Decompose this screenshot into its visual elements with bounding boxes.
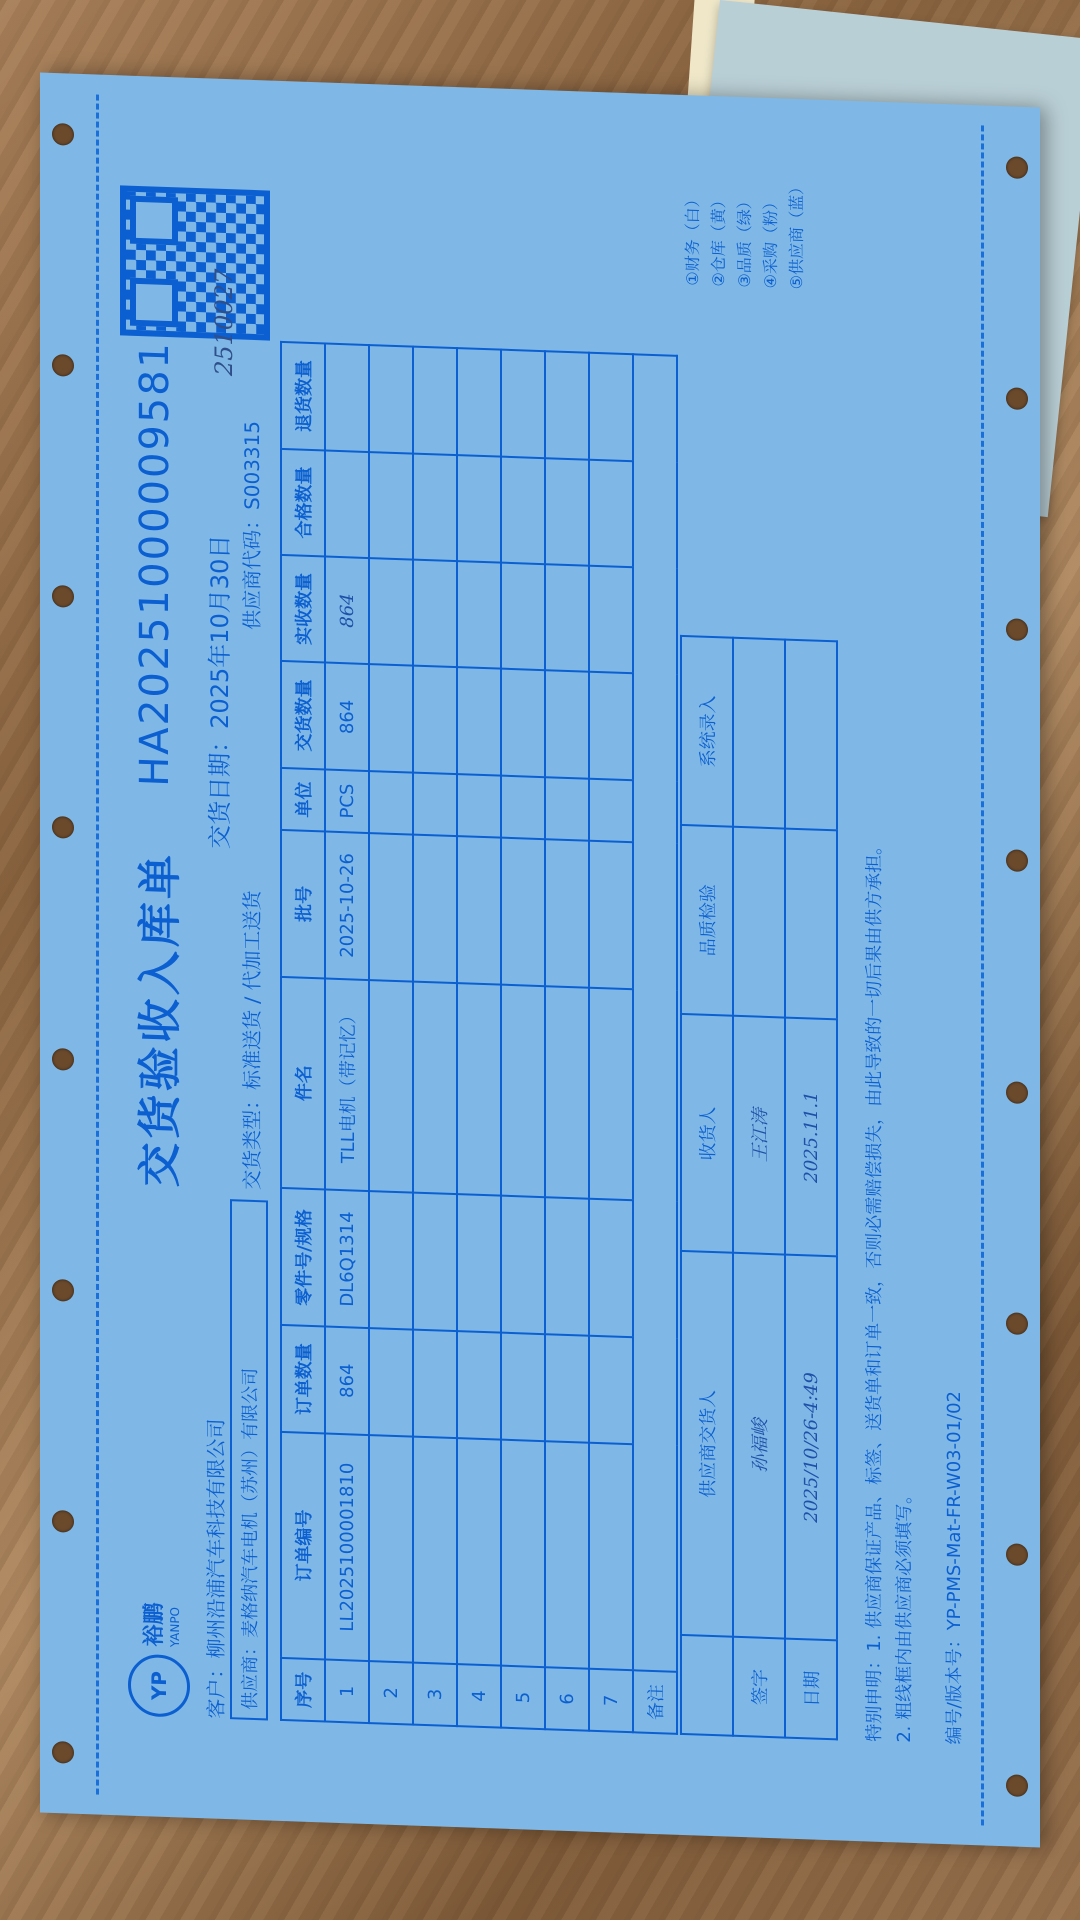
perforation-top xyxy=(96,94,99,1794)
supplier-code-label: 供应商代码： xyxy=(240,510,264,631)
document-number: HA20251000009581 xyxy=(132,340,178,787)
hole-icon xyxy=(1006,1081,1028,1104)
cell: 4 xyxy=(457,1664,501,1727)
company-logo: YP 裕鹏 YANPO xyxy=(128,1602,190,1718)
logo-mark-icon: YP xyxy=(128,1654,190,1718)
sig-header-supplier: 供应商交货人 xyxy=(681,1251,733,1636)
cell: DL6Q1314 xyxy=(325,1190,369,1328)
customer-value: 柳州沿浦汽车科技有限公司 xyxy=(204,1418,228,1659)
tractor-holes-bottom xyxy=(994,106,1040,1848)
logo-name: 裕鹏 xyxy=(137,1602,168,1647)
hole-icon xyxy=(52,1510,74,1533)
col-header: 订单数量 xyxy=(281,1325,325,1433)
logo-sub: YANPO xyxy=(168,1603,182,1648)
hole-icon xyxy=(52,816,74,839)
copy-label: ③品质（绿） xyxy=(732,177,758,288)
table-row: 4 xyxy=(457,348,501,1728)
cell: 864 xyxy=(325,663,369,771)
col-header: 合格数量 xyxy=(281,448,325,556)
delivery-type-field: 交货类型：标准送货 / 代加工送货 xyxy=(236,890,265,1190)
receiver-signature: 王江涛 xyxy=(733,1015,785,1254)
delivery-date-label: 交货日期： xyxy=(206,728,234,849)
receiver-date: 2025.11.1 xyxy=(785,1017,837,1256)
supplier-signature: 孙福峻 xyxy=(733,1253,785,1638)
remarks-row: 备注 xyxy=(633,354,677,1734)
cell: LL2025100001810 xyxy=(325,1433,369,1661)
table-row: 1 LL2025100001810 864 DL6Q1314 TLL电机（带记忆… xyxy=(325,343,369,1723)
form-info: 客户：柳州沿浦汽车科技有限公司 交货日期：2025年10月30日 供应商：麦格纳… xyxy=(200,148,270,1750)
system-date xyxy=(785,640,837,831)
hole-icon xyxy=(52,585,74,608)
cell: 7 xyxy=(589,1669,633,1732)
quality-signature xyxy=(733,827,785,1018)
table-row: 5 xyxy=(501,350,545,1730)
table-row: 6 xyxy=(545,351,589,1731)
table-row: 7 xyxy=(589,353,633,1733)
delivery-type-value: 标准送货 / 代加工送货 xyxy=(240,890,264,1090)
cell xyxy=(325,343,369,451)
cell: TLL电机（带记忆） xyxy=(325,978,369,1191)
cell: 5 xyxy=(501,1666,545,1729)
copy-label: ④采购（粉） xyxy=(758,178,784,289)
col-header: 零件号/规格 xyxy=(281,1188,325,1326)
remarks-label: 备注 xyxy=(633,1670,677,1733)
hole-icon xyxy=(1006,1312,1028,1335)
customer-label: 客户： xyxy=(204,1658,228,1719)
hole-icon xyxy=(52,1048,74,1071)
copy-label: ①财务（白） xyxy=(680,175,706,286)
cell: 2 xyxy=(369,1661,413,1724)
hole-icon xyxy=(1006,1774,1028,1797)
supplier-code-field: 供应商代码：S003315 xyxy=(236,420,265,630)
col-header: 退货数量 xyxy=(281,342,325,450)
note-line-1: 特别申明：1. 供应商保证产品、标签、送货单和订单一致，否则必需赔偿损失，由此导… xyxy=(860,836,890,1742)
perforation-bottom xyxy=(981,125,984,1825)
hole-icon xyxy=(1006,850,1028,873)
table-header-row: 序号 订单编号 订单数量 零件号/规格 件名 批号 单位 交货数量 实收数量 合… xyxy=(281,342,325,1722)
delivery-date-field: 交货日期：2025年10月30日 xyxy=(200,534,235,849)
cell xyxy=(325,450,369,558)
form-header: YP 裕鹏 YANPO 交货验收入库单 HA20251000009581 xyxy=(120,145,200,1748)
sig-header-receiver: 收货人 xyxy=(681,1014,733,1253)
cell: PCS xyxy=(325,769,369,832)
cell: 1 xyxy=(325,1660,369,1723)
items-table: 序号 订单编号 订单数量 零件号/规格 件名 批号 单位 交货数量 实收数量 合… xyxy=(280,341,678,1735)
customer-field: 客户：柳州沿浦汽车科技有限公司 xyxy=(200,1418,229,1719)
special-notes: 特别申明：1. 供应商保证产品、标签、送货单和订单一致，否则必需赔偿损失，由此导… xyxy=(860,836,920,1743)
supplier-field: 供应商：麦格纳汽车电机（苏州）有限公司 xyxy=(230,1199,268,1720)
sign-label: 签字 xyxy=(733,1636,785,1737)
col-header: 实收数量 xyxy=(281,555,325,663)
hole-icon xyxy=(52,123,74,146)
table-row: 2 xyxy=(369,345,413,1725)
form-code: 编号/版本号：YP-PMS-Mat-FR-W03-01/02 xyxy=(940,1391,966,1745)
form-code-label: 编号/版本号： xyxy=(944,1630,965,1745)
cell-handwritten: 864 xyxy=(325,556,369,664)
form-code-value: YP-PMS-Mat-FR-W03-01/02 xyxy=(944,1391,965,1631)
copy-label: ⑤供应商（蓝） xyxy=(784,179,810,290)
sig-header xyxy=(681,1635,733,1736)
hole-icon xyxy=(52,1741,74,1764)
cell: 2025-10-26 xyxy=(325,831,369,979)
copy-distribution: ①财务（白） ②仓库（黄） ③品质（绿） ④采购（粉） ⑤供应商（蓝） xyxy=(680,175,810,290)
cell: 3 xyxy=(413,1663,457,1726)
supplier-code-value: S003315 xyxy=(240,420,264,510)
supplier-date: 2025/10/26-4:49 xyxy=(785,1255,837,1640)
col-header: 交货数量 xyxy=(281,661,325,769)
hole-icon xyxy=(1006,619,1028,642)
signature-table: 供应商交货人 收货人 品质检验 系统录入 签字 孙福峻 王江涛 日期 2025/… xyxy=(680,635,838,1741)
sig-header-quality: 品质检验 xyxy=(681,825,733,1016)
col-header: 件名 xyxy=(281,977,325,1190)
note-line-2: 2. 粗线框内由供应商必须填写。 xyxy=(890,837,920,1743)
sig-header-system: 系统录入 xyxy=(681,636,733,827)
hole-icon xyxy=(1006,387,1028,410)
quality-date xyxy=(785,828,837,1019)
signature-header-row: 供应商交货人 收货人 品质检验 系统录入 xyxy=(681,636,733,1736)
col-header: 订单编号 xyxy=(281,1432,325,1660)
form-title: 交货验收入库单 xyxy=(124,849,188,1187)
form-photo: YP 裕鹏 YANPO 交货验收入库单 HA20251000009581 客户：… xyxy=(0,0,1080,1920)
cell: 864 xyxy=(325,1327,369,1435)
signature-row: 签字 孙福峻 王江涛 xyxy=(733,638,785,1738)
system-signature xyxy=(733,638,785,829)
delivery-type-label: 交货类型： xyxy=(240,1090,264,1191)
col-header: 批号 xyxy=(281,830,325,978)
hole-icon xyxy=(1006,1543,1028,1566)
hole-icon xyxy=(52,354,74,377)
supplier-label: 供应商： xyxy=(240,1638,261,1711)
table-row: 3 xyxy=(413,347,457,1727)
date-label: 日期 xyxy=(785,1638,837,1739)
delivery-receipt-form: YP 裕鹏 YANPO 交货验收入库单 HA20251000009581 客户：… xyxy=(40,73,1040,1848)
hole-icon xyxy=(52,1279,74,1302)
cell: 6 xyxy=(545,1667,589,1730)
col-header: 单位 xyxy=(281,768,325,831)
col-header: 序号 xyxy=(281,1658,325,1721)
hole-icon xyxy=(1006,156,1028,179)
tractor-holes-top xyxy=(40,73,86,1815)
supplier-value: 麦格纳汽车电机（苏州）有限公司 xyxy=(240,1368,261,1639)
date-row: 日期 2025/10/26-4:49 2025.11.1 xyxy=(785,640,837,1740)
delivery-date-value: 2025年10月30日 xyxy=(206,534,234,729)
handwritten-margin-note: 2510027 xyxy=(210,268,238,376)
copy-label: ②仓库（黄） xyxy=(706,176,732,287)
